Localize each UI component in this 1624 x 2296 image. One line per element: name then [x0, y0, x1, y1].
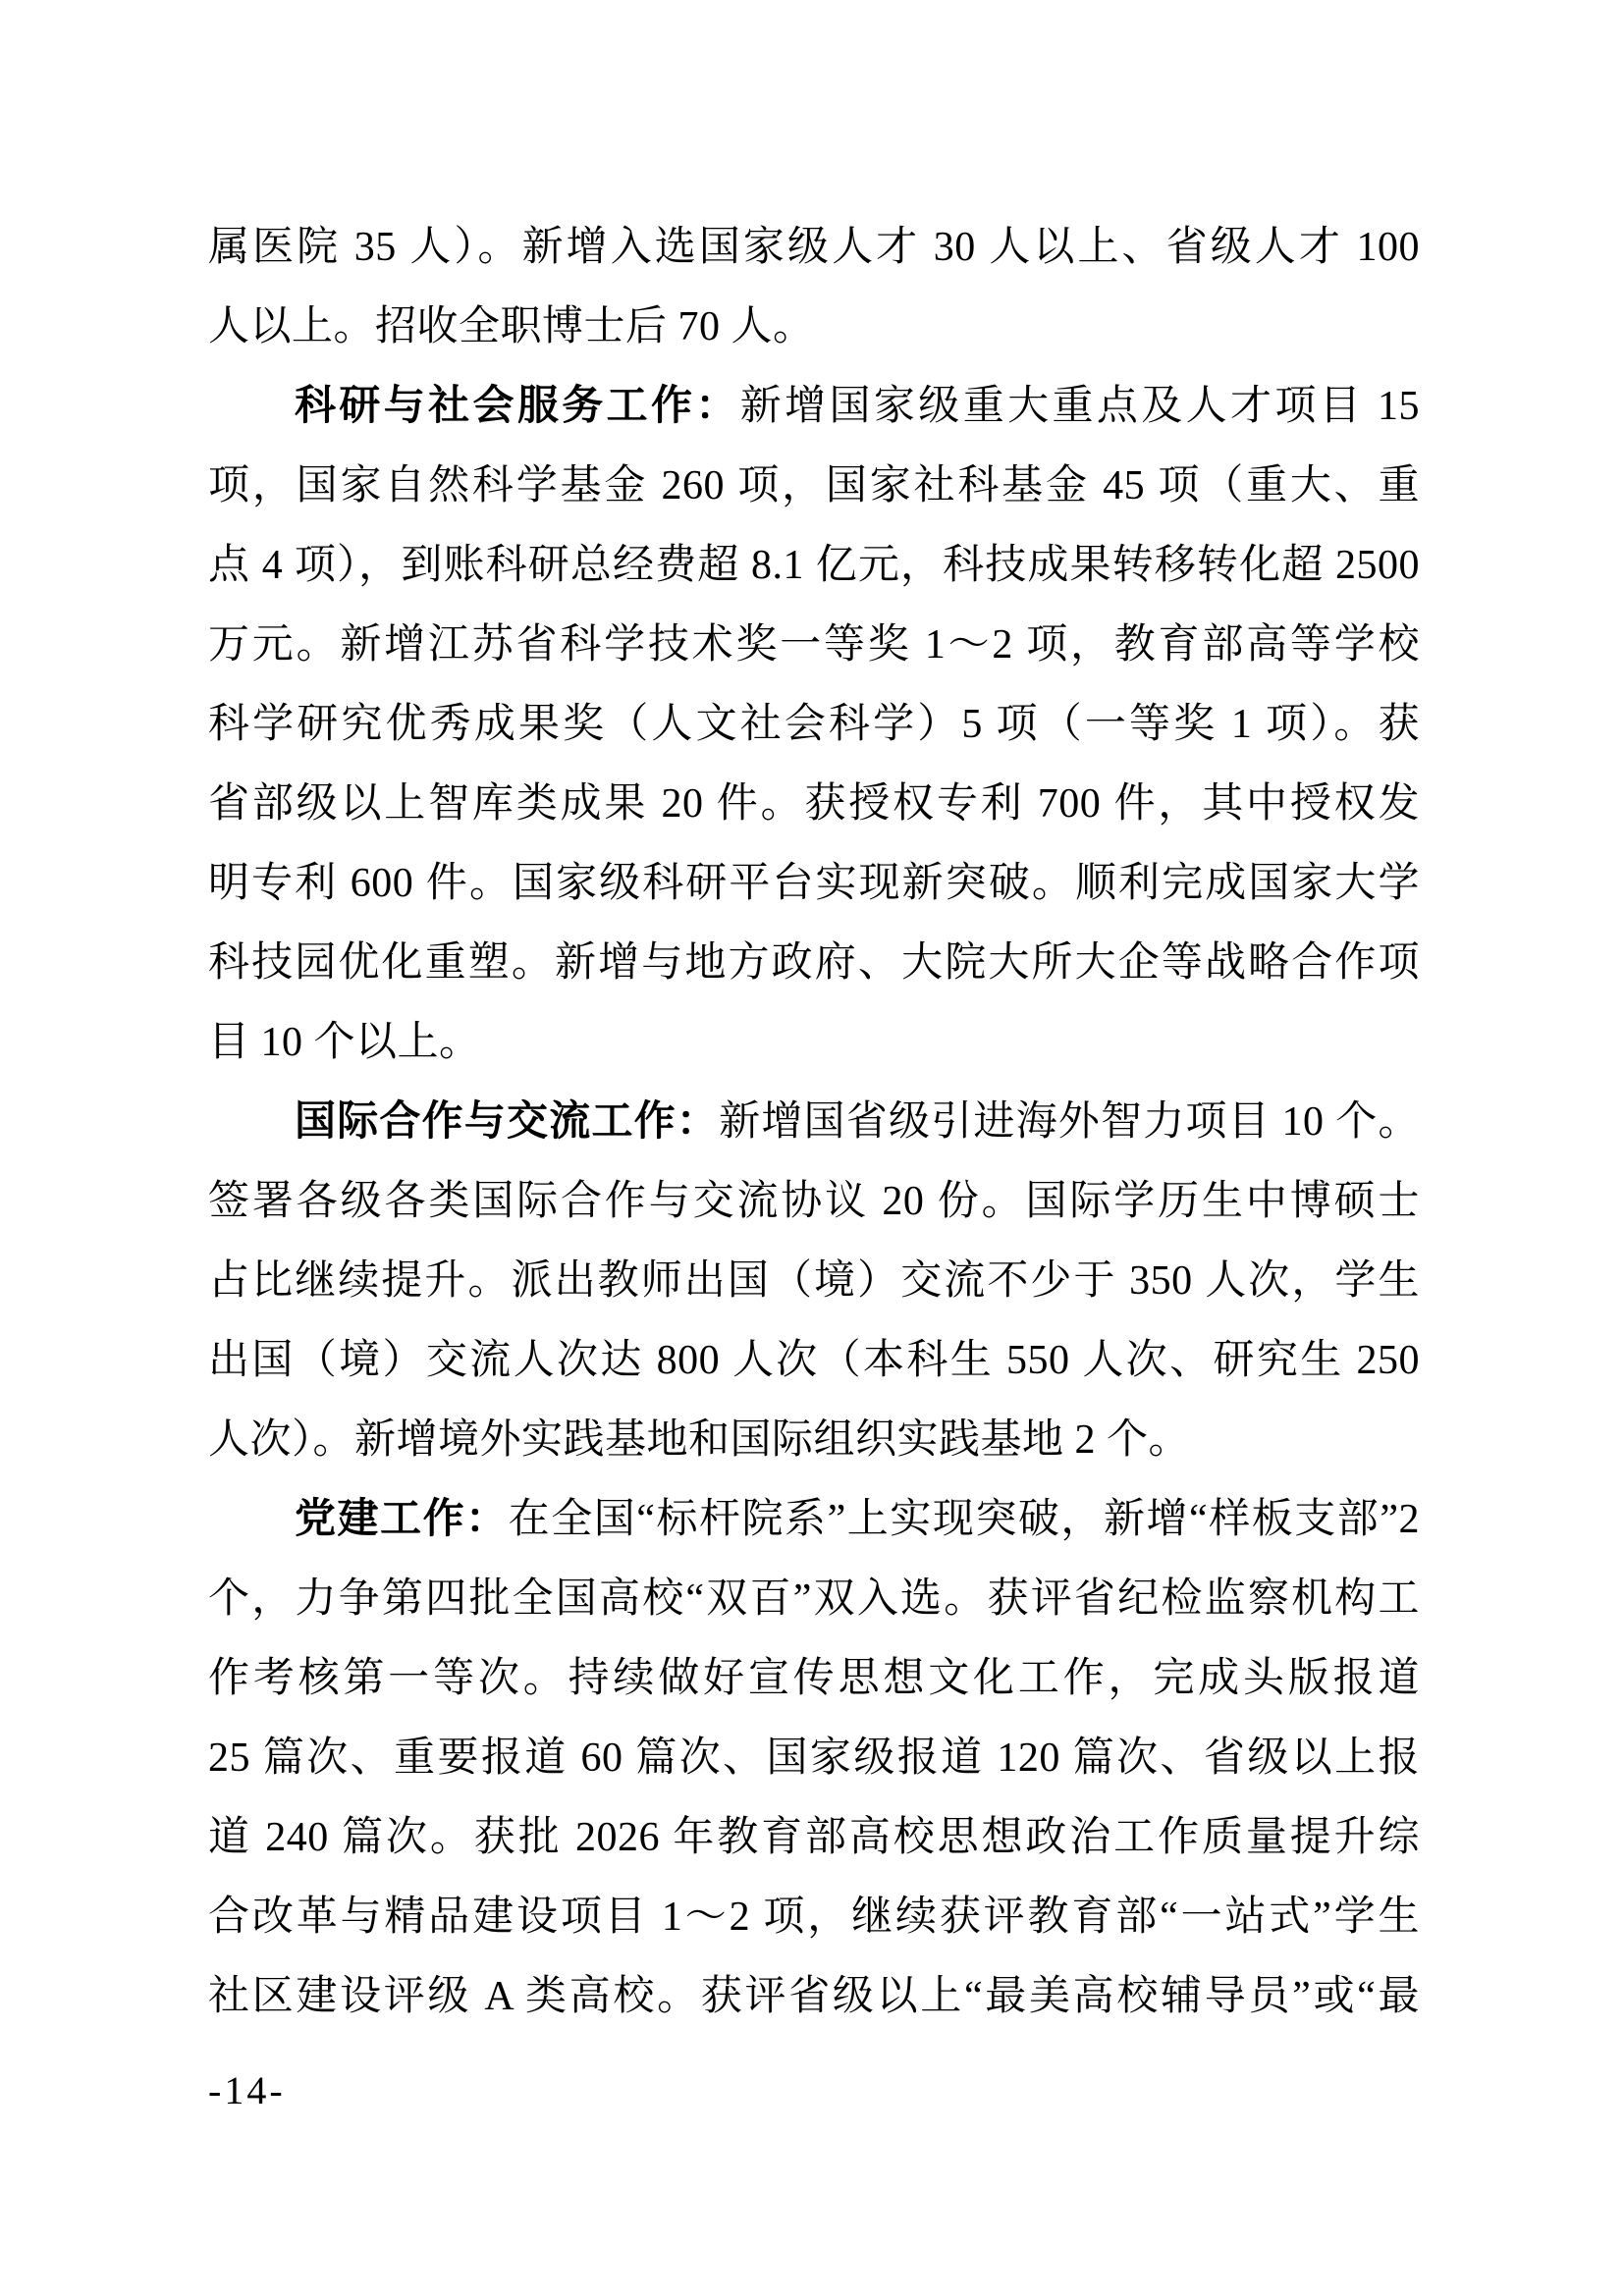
line-body: 新增国家级重大重点及人才项目 15 [740, 384, 1420, 429]
text-line: 签署各级各类国际合作与交流协议 20 份。国际学历生中博硕士 [208, 1162, 1420, 1242]
line-body: 项，国家自然科学基金 260 项，国家社科基金 45 项（重大、重 [208, 463, 1420, 508]
line-body: 点 4 项），到账科研总经费超 8.1 亿元，科技成果转移转化超 2500 [208, 543, 1420, 588]
text-line: 属医院 35 人）。新增入选国家级人才 30 人以上、省级人才 100 [208, 208, 1420, 288]
text-line: 目 10 个以上。 [208, 1003, 1420, 1083]
text-line: 个，力争第四批全国高校“双百”双入选。获评省纪检监察机构工 [208, 1560, 1420, 1639]
text-line: 作考核第一等次。持续做好宣传思想文化工作，完成头版报道 [208, 1639, 1420, 1719]
line-body: 万元。新增江苏省科学技术奖一等奖 1～2 项，教育部高等学校 [208, 622, 1420, 667]
line-body: 作考核第一等次。持续做好宣传思想文化工作，完成头版报道 [208, 1656, 1420, 1701]
line-body: 签署各级各类国际合作与交流协议 20 份。国际学历生中博硕士 [208, 1179, 1420, 1224]
text-line: 万元。新增江苏省科学技术奖一等奖 1～2 项，教育部高等学校 [208, 606, 1420, 685]
line-body: 道 240 篇次。获批 2026 年教育部高校思想政治工作质量提升综 [208, 1815, 1420, 1860]
line-body: 人以上。招收全职博士后 70 人。 [208, 304, 815, 349]
text-line: 25 篇次、重要报道 60 篇次、国家级报道 120 篇次、省级以上报 [208, 1719, 1420, 1798]
line-head: 科研与社会服务工作： [295, 384, 740, 429]
document-page: 属医院 35 人）。新增入选国家级人才 30 人以上、省级人才 100人以上。招… [0, 0, 1624, 2296]
line-body: 个，力争第四批全国高校“双百”双入选。获评省纪检监察机构工 [208, 1576, 1420, 1622]
line-body: 属医院 35 人）。新增入选国家级人才 30 人以上、省级人才 100 [208, 225, 1420, 270]
line-body: 目 10 个以上。 [208, 1020, 481, 1065]
text-block: 属医院 35 人）。新增入选国家级人才 30 人以上、省级人才 100人以上。招… [208, 208, 1420, 2037]
line-body: 社区建设评级 A 类高校。获评省级以上“最美高校辅导员”或“最 [208, 1974, 1420, 2019]
line-body: 人次）。新增境外实践基地和国际组织实践基地 2 个。 [208, 1417, 1190, 1463]
line-head: 党建工作： [295, 1497, 509, 1542]
text-line: 科技园优化重塑。新增与地方政府、大院大所大企等战略合作项 [208, 924, 1420, 1003]
line-body: 明专利 600 件。国家级科研平台实现新突破。顺利完成国家大学 [208, 861, 1420, 906]
line-body: 科学研究优秀成果奖（人文社会科学）5 项（一等奖 1 项）。获 [208, 702, 1420, 747]
line-body: 科技园优化重塑。新增与地方政府、大院大所大企等战略合作项 [208, 940, 1420, 986]
text-line: 党建工作：在全国“标杆院系”上实现突破，新增“样板支部”2 [208, 1480, 1420, 1560]
line-body: 在全国“标杆院系”上实现突破，新增“样板支部”2 [509, 1497, 1420, 1542]
text-line: 人以上。招收全职博士后 70 人。 [208, 288, 1420, 367]
text-line: 点 4 项），到账科研总经费超 8.1 亿元，科技成果转移转化超 2500 [208, 526, 1420, 606]
text-line: 科研与社会服务工作：新增国家级重大重点及人才项目 15 [208, 367, 1420, 447]
line-body: 25 篇次、重要报道 60 篇次、国家级报道 120 篇次、省级以上报 [208, 1735, 1420, 1781]
text-line: 社区建设评级 A 类高校。获评省级以上“最美高校辅导员”或“最 [208, 1957, 1420, 2037]
line-body: 省部级以上智库类成果 20 件。获授权专利 700 件，其中授权发 [208, 781, 1420, 827]
line-body: 出国（境）交流人次达 800 人次（本科生 550 人次、研究生 250 [208, 1338, 1420, 1383]
text-line: 占比继续提升。派出教师出国（境）交流不少于 350 人次，学生 [208, 1242, 1420, 1321]
text-line: 合改革与精品建设项目 1～2 项，继续获评教育部“一站式”学生 [208, 1878, 1420, 1957]
page-number: -14- [208, 2069, 286, 2112]
text-line: 项，国家自然科学基金 260 项，国家社科基金 45 项（重大、重 [208, 447, 1420, 526]
text-line: 科学研究优秀成果奖（人文社会科学）5 项（一等奖 1 项）。获 [208, 685, 1420, 765]
text-line: 国际合作与交流工作：新增国省级引进海外智力项目 10 个。 [208, 1083, 1420, 1162]
text-line: 明专利 600 件。国家级科研平台实现新突破。顺利完成国家大学 [208, 844, 1420, 924]
text-line: 出国（境）交流人次达 800 人次（本科生 550 人次、研究生 250 [208, 1321, 1420, 1401]
text-line: 人次）。新增境外实践基地和国际组织实践基地 2 个。 [208, 1401, 1420, 1480]
line-head: 国际合作与交流工作： [295, 1099, 719, 1145]
line-body: 占比继续提升。派出教师出国（境）交流不少于 350 人次，学生 [208, 1258, 1420, 1304]
line-body: 新增国省级引进海外智力项目 10 个。 [719, 1099, 1420, 1145]
text-line: 道 240 篇次。获批 2026 年教育部高校思想政治工作质量提升综 [208, 1798, 1420, 1878]
line-body: 合改革与精品建设项目 1～2 项，继续获评教育部“一站式”学生 [208, 1895, 1420, 1940]
text-line: 省部级以上智库类成果 20 件。获授权专利 700 件，其中授权发 [208, 765, 1420, 844]
